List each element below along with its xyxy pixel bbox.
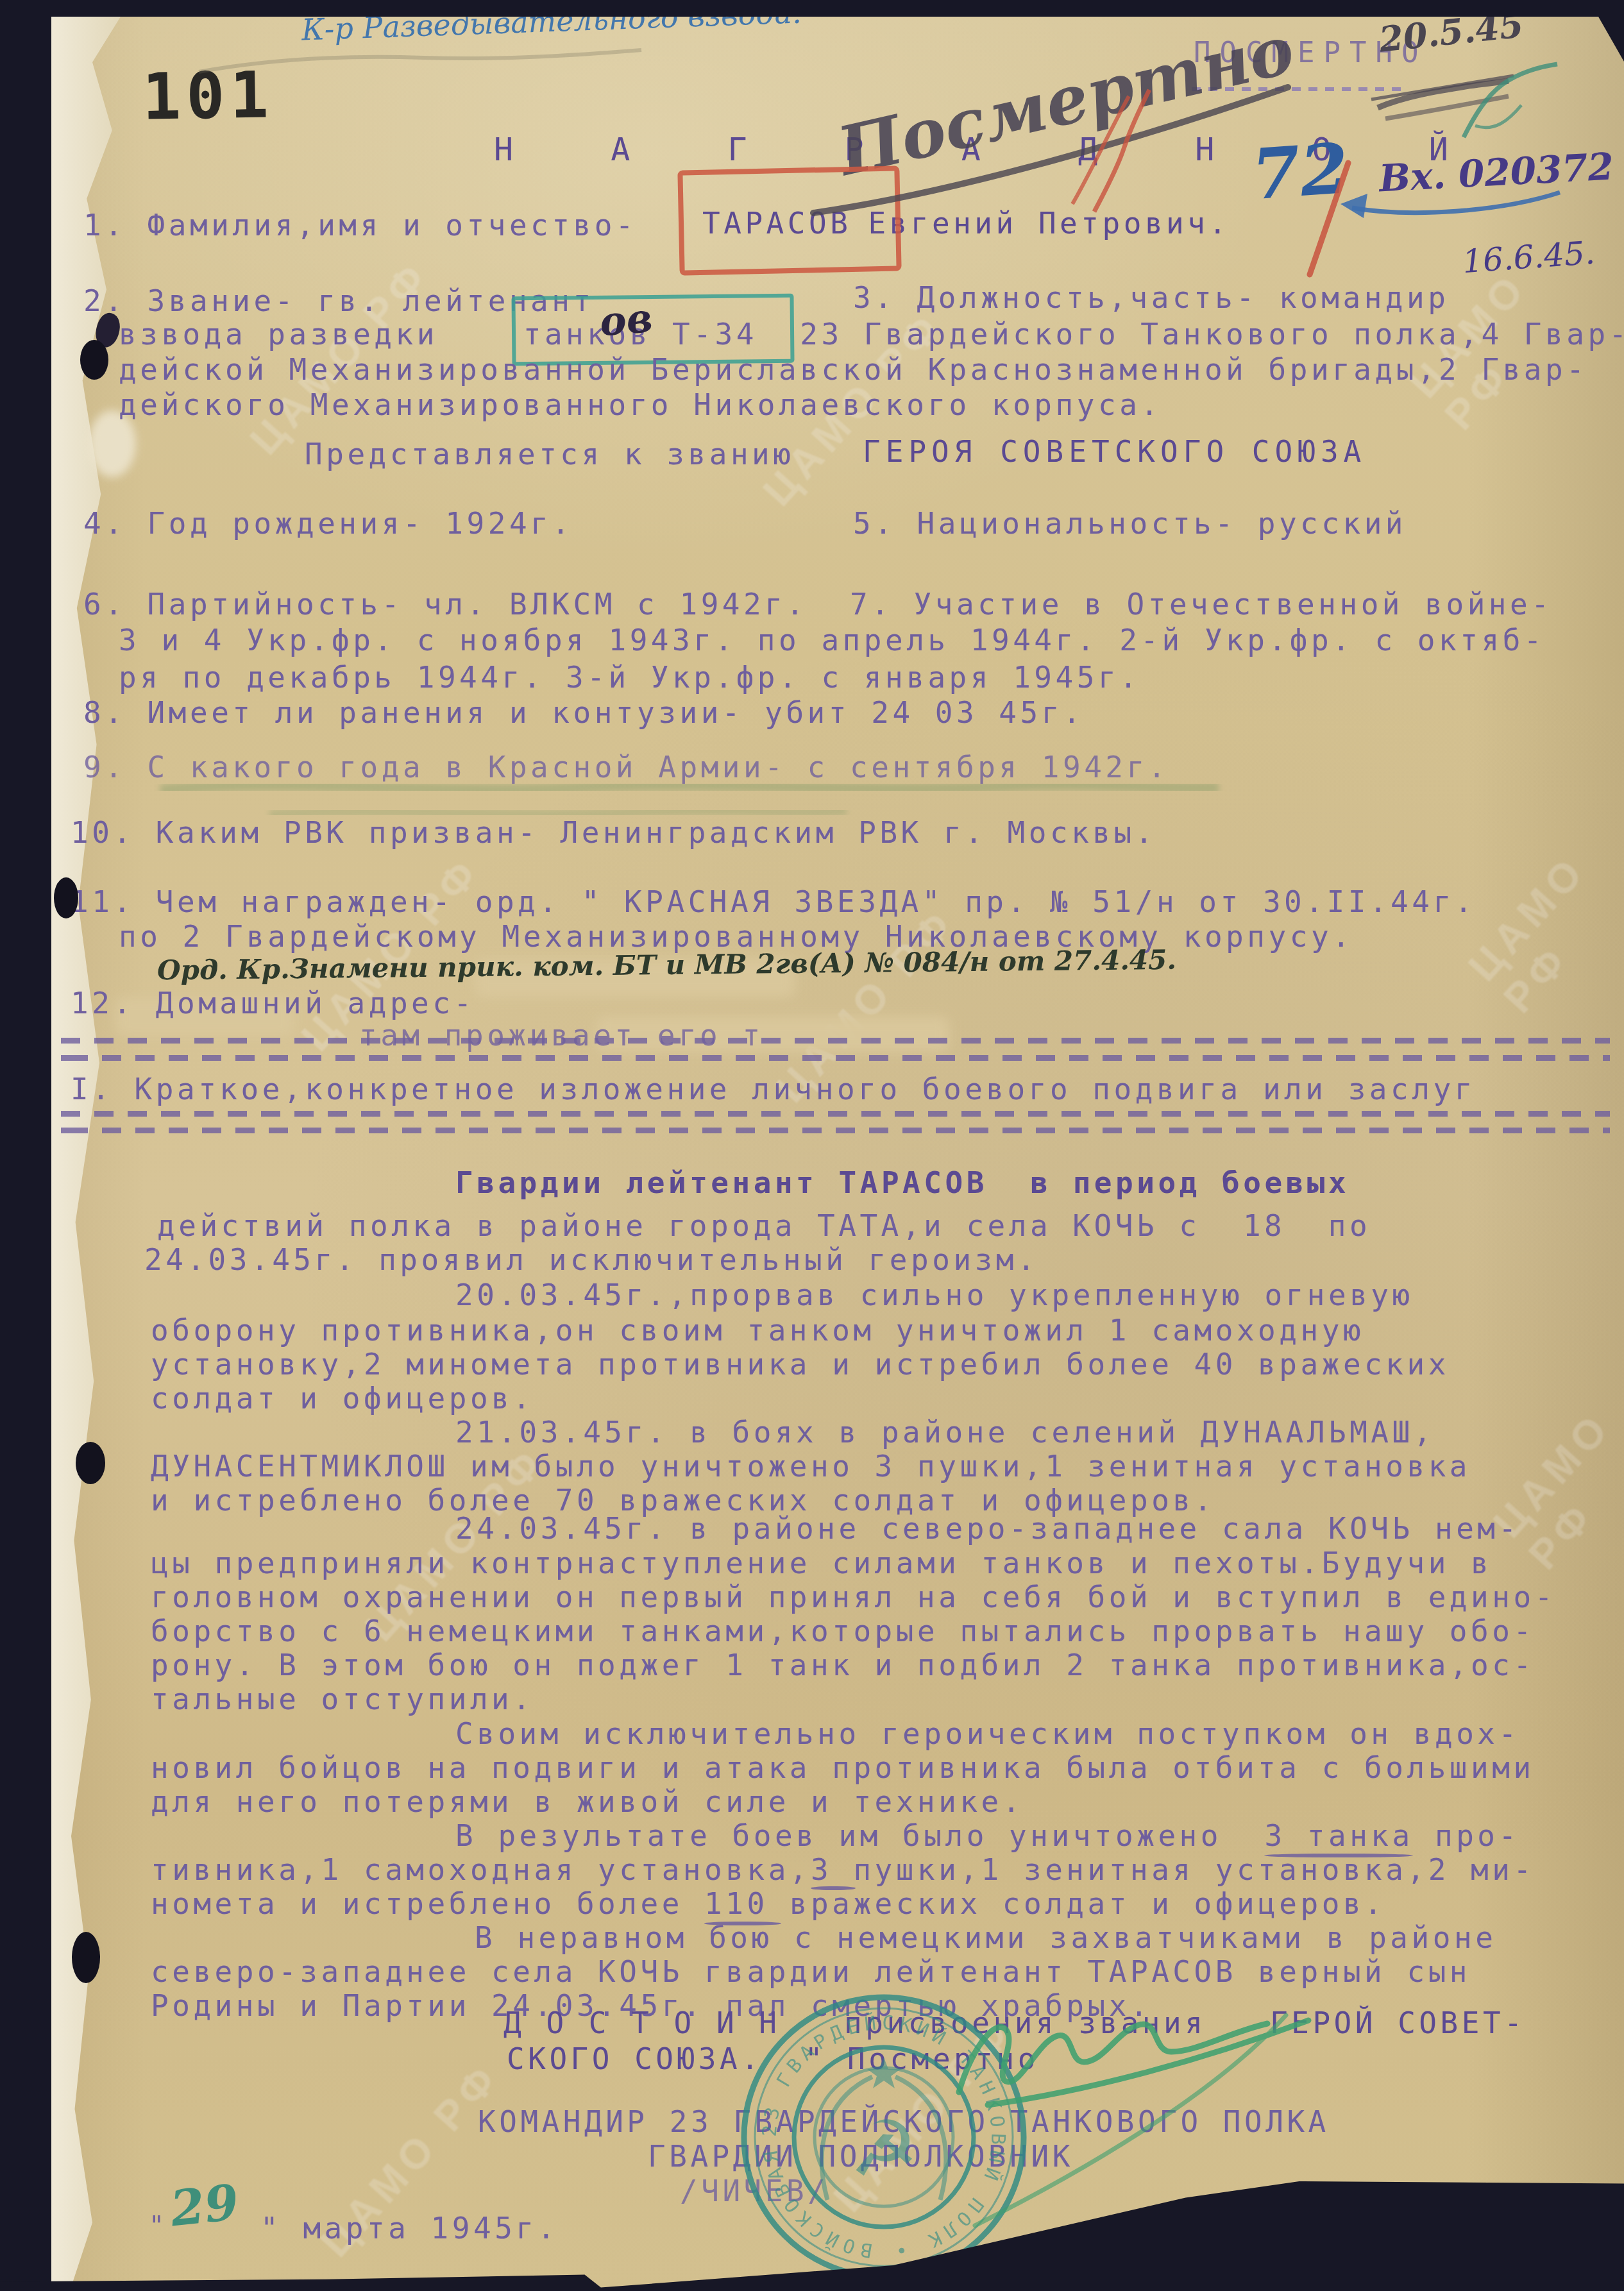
scan-border-top — [0, 0, 1624, 17]
body-line: цы предприняли контрнаступление силами т… — [151, 1546, 1492, 1580]
annotation-t34-insert: ов — [598, 294, 654, 346]
field1-name-patronymic: Евгений Петрович. — [868, 206, 1230, 241]
field3-line3: дейской Механизированной Бериславской Кр… — [119, 353, 1587, 387]
body-line: головном охранении он первый принял на с… — [151, 1580, 1556, 1614]
field4-birth-year: 4. Год рождения- 1924г. — [83, 507, 573, 541]
field12-address-label: 12. Домашний адрес- — [71, 986, 475, 1020]
page-number-stamp: 101 — [142, 58, 275, 134]
scan-border-left — [0, 0, 51, 2291]
body-line: 24.03.45г. проявил исключительный героиз… — [144, 1243, 1038, 1277]
body-line: ДУНАСЕНТМИКЛОШ им было уничтожено 3 пушк… — [151, 1450, 1471, 1484]
punch-hole — [54, 877, 78, 918]
body-line: В результате боев им было уничтожено 3 т… — [455, 1819, 1520, 1853]
section-title: I. Краткое,конкретное изложение личного … — [71, 1072, 1476, 1106]
body-line: установку,2 миномета противника и истреб… — [151, 1348, 1450, 1382]
body-line: оборону противника,он своим танком уничт… — [151, 1314, 1364, 1348]
field10-drafted-by: 10. Каким РВК призван- Ленинградским РВК… — [71, 816, 1156, 850]
separator-dashes — [61, 1111, 1610, 1117]
body-line: солдат и офицеров. — [151, 1382, 534, 1416]
punch-hole — [76, 1442, 105, 1484]
commander-line: КОМАНДИР 23 ГВАРДЕЙСКОГО ТАНКОВОГО ПОЛКА — [478, 2105, 1330, 2139]
body-line: для него потерями в живой силе и технике… — [151, 1785, 1024, 1819]
body-line: борство с 6 немецкими танками,которые пы… — [151, 1614, 1535, 1648]
field7-line2: 3 и 4 Укр.фр. с ноября 1943г. по апрель … — [119, 623, 1545, 657]
body-line: В неравном бою с немецкими захватчиками … — [475, 1921, 1496, 1955]
field8-wounds: 8. Имеет ли ранения и контузии- убит 24 … — [83, 696, 1084, 730]
hand-underline — [811, 1886, 856, 1890]
field3-label: 3. Должность,часть- командир — [853, 281, 1449, 315]
field12-address-line2: там проживает его т — [359, 1019, 764, 1053]
worthy-line2: СКОГО СОЮЗА. " Посмертно — [507, 2042, 1039, 2076]
field3-line2: взвода разведки танков Т-34 23 Гвардейск… — [119, 317, 1624, 351]
body-line: Своим исключительно героическим поступко… — [455, 1717, 1520, 1751]
body-line: 21.03.45г. в боях в районе селений ДУНАА… — [455, 1416, 1435, 1450]
punch-hole — [72, 1932, 100, 1983]
field9-army-since: 9. С какого года в Красной Армии- с сент… — [83, 750, 1169, 784]
scanned-award-sheet: { "document": { "page_stamp": "101", "ti… — [0, 0, 1624, 2291]
body-line: новил бойцов на подвиги и атака противни… — [151, 1751, 1535, 1785]
field5-nationality: 5. Национальность- русский — [853, 507, 1407, 541]
worthy-line1: Д О С Т О И Н присвоения звания ГЕРОЙ СО… — [503, 2006, 1525, 2040]
body-line: действий полка в районе города ТАТА,и се… — [157, 1209, 1371, 1243]
red-pencil-box — [677, 165, 901, 275]
body-line: 20.03.45г.,прорвав сильно укрепленную ог… — [455, 1278, 1414, 1312]
field3-line4: дейского Механизированного Николаевского… — [119, 388, 1162, 422]
body-line: номета и истреблено более 110 вражеских … — [151, 1887, 1385, 1921]
field6-7-party-war: 6. Партийность- чл. ВЛКСМ с 1942г. 7. Уч… — [83, 588, 1552, 621]
hand-underline — [704, 1922, 781, 1925]
field1-label: 1. Фамилия,имя и отчество- — [83, 208, 637, 242]
hand-underline — [1264, 1854, 1413, 1857]
date-rest: " марта 1945г. — [260, 2211, 559, 2245]
field11-awards-line1: 11. Чем награжден- орд. " КРАСНАЯ ЗВЕЗДА… — [71, 885, 1476, 919]
annotation-number-72: 72 — [1249, 128, 1351, 216]
body-line: 24.03.45г. в районе северо-западнее сала… — [455, 1512, 1520, 1546]
body-line: тивника,1 самоходная установка,3 пушки,1… — [151, 1853, 1535, 1887]
rank-line: ГВАРДИИ ПОДПОЛКОВНИК — [648, 2140, 1074, 2174]
punch-hole — [80, 340, 108, 380]
body-line: Гвардии лейтенант ТАРАСОВ в период боевы… — [455, 1166, 1349, 1200]
commander-name: /ЧИЧЕВ/ — [680, 2174, 829, 2208]
separator-dashes — [61, 1038, 1610, 1044]
annotation-date-day: 29 — [168, 2174, 241, 2238]
body-line: северо-западнее села КОЧЬ гвардии лейтен… — [151, 1955, 1471, 1989]
separator-dashes — [61, 1128, 1610, 1133]
body-line: рону. В этом бою он поджег 1 танк и подб… — [151, 1648, 1535, 1682]
body-line: тальные отступили. — [151, 1682, 534, 1716]
presented-title: ГЕРОЯ СОВЕТСКОГО СОЮЗА — [863, 435, 1366, 469]
separator-dashes — [61, 1055, 1610, 1061]
date-quote-open: " — [149, 2211, 168, 2241]
field7-line3: ря по декабрь 1944г. 3-й Укр.фр. с январ… — [119, 661, 1140, 695]
presented-label: Представляется к званию — [305, 437, 794, 471]
